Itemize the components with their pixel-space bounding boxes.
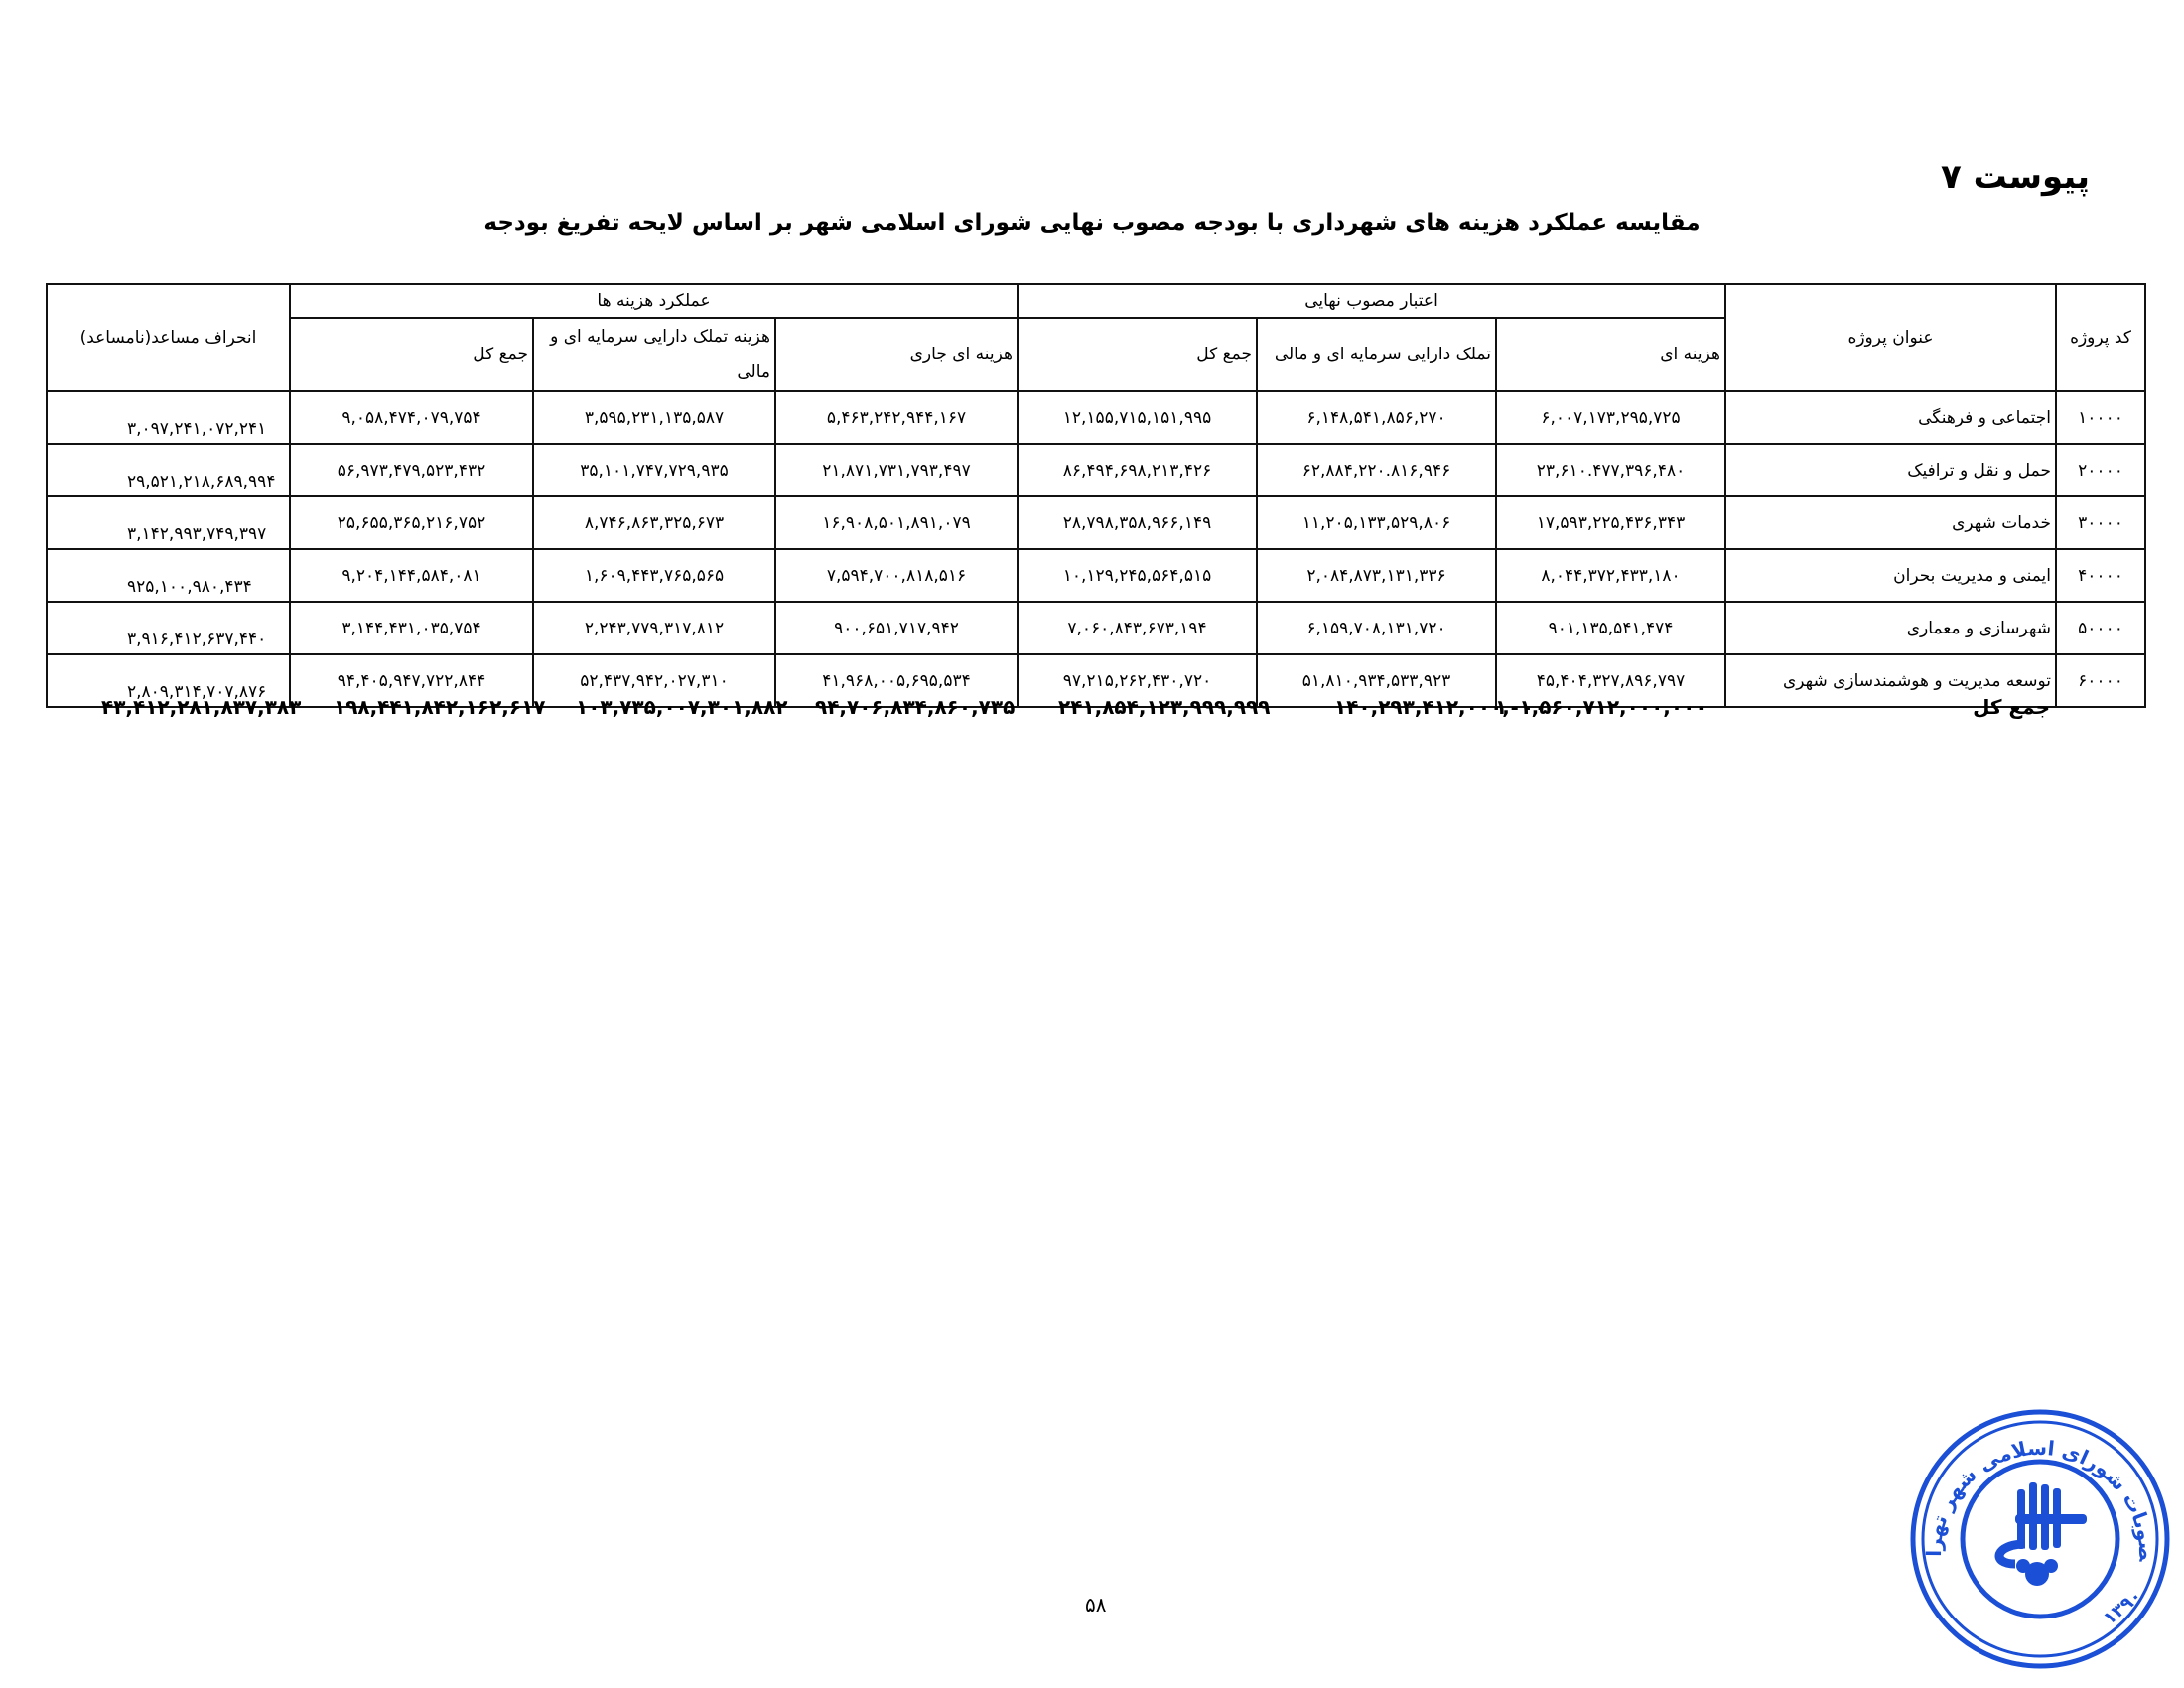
- perf-current: ۲۱,۸۷۱,۷۳۱,۷۹۳,۴۹۷: [775, 444, 1018, 496]
- council-seal-stamp: مصوبات شورای اسلامی شهر تهران ۱۳۹۰: [1906, 1405, 2174, 1673]
- project-code: ۲۰۰۰۰: [2056, 444, 2145, 496]
- total-perf-current: ۹۴,۷۰۶,۸۳۴,۸۶۰,۷۳۵: [815, 695, 1015, 719]
- header-performance-group: عملکرد هزینه ها: [290, 284, 1018, 318]
- approved-total: ۱۲,۱۵۵,۷۱۵,۱۵۱,۹۹۵: [1018, 391, 1257, 444]
- project-title: شهرسازی و معماری: [1725, 602, 2056, 654]
- perf-capital: ۱,۶۰۹,۴۴۳,۷۶۵,۵۶۵: [533, 549, 775, 602]
- document-title: مقایسه عملکرد هزینه های شهرداری با بودجه…: [0, 211, 2184, 236]
- perf-total: ۳,۱۴۴,۴۳۱,۰۳۵,۷۵۴: [290, 602, 533, 654]
- approved-current: ۱۷,۵۹۳,۲۲۵,۴۳۶,۳۴۳: [1496, 496, 1725, 549]
- project-title: ایمنی و مدیریت بحران: [1725, 549, 2056, 602]
- project-code: ۳۰۰۰۰: [2056, 496, 2145, 549]
- approved-capital: ۱۱,۲۰۵,۱۳۳,۵۲۹,۸۰۶: [1257, 496, 1496, 549]
- project-code: ۵۰۰۰۰: [2056, 602, 2145, 654]
- header-project-title: عنوان پروژه: [1725, 284, 2056, 391]
- perf-total: ۹,۰۵۸,۴۷۴,۰۷۹,۷۵۴: [290, 391, 533, 444]
- total-perf-total: ۱۹۸,۴۴۱,۸۴۲,۱۶۲,۶۱۷: [334, 695, 546, 719]
- approved-total: ۸۶,۴۹۴,۶۹۸,۲۱۳,۴۲۶: [1018, 444, 1257, 496]
- deviation: ۳,۹۱۶,۴۱۲,۶۳۷,۴۴۰: [47, 602, 290, 654]
- perf-capital: ۳۵,۱۰۱,۷۴۷,۷۲۹,۹۳۵: [533, 444, 775, 496]
- total-deviation: ۴۳,۴۱۲,۲۸۱,۸۳۷,۳۸۳: [101, 695, 301, 719]
- header-approved-current: هزینه ای: [1496, 318, 1725, 391]
- perf-current: ۹۰۰,۶۵۱,۷۱۷,۹۴۲: [775, 602, 1018, 654]
- approved-total: ۱۰,۱۲۹,۲۴۵,۵۶۴,۵۱۵: [1018, 549, 1257, 602]
- approved-current: ۸,۰۴۴,۳۷۲,۴۳۳,۱۸۰: [1496, 549, 1725, 602]
- perf-capital: ۲,۲۴۳,۷۷۹,۳۱۷,۸۱۲: [533, 602, 775, 654]
- perf-total: ۲۵,۶۵۵,۳۶۵,۲۱۶,۷۵۲: [290, 496, 533, 549]
- table-row: ۱۰۰۰۰ اجتماعی و فرهنگی ۶,۰۰۷,۱۷۳,۲۹۵,۷۲۵…: [47, 391, 2145, 444]
- approved-capital: ۶۲,۸۸۴,۲۲۰.۸۱۶,۹۴۶: [1257, 444, 1496, 496]
- header-approved-total: جمع کل: [1018, 318, 1257, 391]
- perf-current: ۱۶,۹۰۸,۵۰۱,۸۹۱,۰۷۹: [775, 496, 1018, 549]
- approved-capital: ۶,۱۵۹,۷۰۸,۱۳۱,۷۲۰: [1257, 602, 1496, 654]
- approved-total: ۲۸,۷۹۸,۳۵۸,۹۶۶,۱۴۹: [1018, 496, 1257, 549]
- approved-current: ۲۳,۶۱۰.۴۷۷,۳۹۶,۴۸۰: [1496, 444, 1725, 496]
- perf-total: ۹,۲۰۴,۱۴۴,۵۸۴,۰۸۱: [290, 549, 533, 602]
- perf-current: ۵,۴۶۳,۲۴۲,۹۴۴,۱۶۷: [775, 391, 1018, 444]
- total-approved-total: ۲۴۱,۸۵۴,۱۲۳,۹۹۹,۹۹۹: [1058, 695, 1271, 719]
- table-row: ۵۰۰۰۰ شهرسازی و معماری ۹۰۱,۱۳۵,۵۴۱,۴۷۴ ۶…: [47, 602, 2145, 654]
- header-approved-capital: تملک دارایی سرمایه ای و مالی: [1257, 318, 1496, 391]
- page-number: ۵۸: [1085, 1593, 1106, 1617]
- appendix-title: پیوست ۷: [1941, 157, 2090, 197]
- deviation: ۳,۱۴۲,۹۹۳,۷۴۹,۳۹۷: [47, 496, 290, 549]
- table-row: ۲۰۰۰۰ حمل و نقل و ترافیک ۲۳,۶۱۰.۴۷۷,۳۹۶,…: [47, 444, 2145, 496]
- totals-row: جمع کل ۱۰۱,۵۶۰,۷۱۲,۰۰۰,۰۰۰ ۱۴۰,۲۹۳,۴۱۲,۰…: [46, 695, 2144, 727]
- project-title: حمل و نقل و ترافیک: [1725, 444, 2056, 496]
- header-perf-capital: هزینه تملک دارایی سرمایه ای و مالی: [533, 318, 775, 391]
- total-approved-capital: ۱۴۰,۲۹۳,۴۱۲,۰۰۰,۰۰۰: [1334, 695, 1547, 719]
- approved-capital: ۲,۰۸۴,۸۷۳,۱۳۱,۳۳۶: [1257, 549, 1496, 602]
- budget-comparison-table: کد پروژه عنوان پروژه اعتبار مصوب نهایی ع…: [46, 283, 2146, 708]
- header-perf-current: هزینه ای جاری: [775, 318, 1018, 391]
- approved-total: ۷,۰۶۰,۸۴۳,۶۷۳,۱۹۴: [1018, 602, 1257, 654]
- header-deviation: انحراف مساعد(نامساعد): [47, 284, 290, 391]
- approved-capital: ۶,۱۴۸,۵۴۱,۸۵۶,۲۷۰: [1257, 391, 1496, 444]
- header-perf-total: جمع کل: [290, 318, 533, 391]
- header-approved-group: اعتبار مصوب نهایی: [1018, 284, 1725, 318]
- project-code: ۴۰۰۰۰: [2056, 549, 2145, 602]
- perf-capital: ۳,۵۹۵,۲۳۱,۱۳۵,۵۸۷: [533, 391, 775, 444]
- perf-total: ۵۶,۹۷۳,۴۷۹,۵۲۳,۴۳۲: [290, 444, 533, 496]
- total-perf-capital: ۱۰۳,۷۳۵,۰۰۷,۳۰۱,۸۸۲: [576, 695, 788, 719]
- perf-current: ۷,۵۹۴,۷۰۰,۸۱۸,۵۱۶: [775, 549, 1018, 602]
- perf-capital: ۸,۷۴۶,۸۶۳,۳۲۵,۶۷۳: [533, 496, 775, 549]
- seal-emblem-icon: [2015, 1482, 2087, 1586]
- project-code: ۱۰۰۰۰: [2056, 391, 2145, 444]
- table-row: ۳۰۰۰۰ خدمات شهری ۱۷,۵۹۳,۲۲۵,۴۳۶,۳۴۳ ۱۱,۲…: [47, 496, 2145, 549]
- table-row: ۴۰۰۰۰ ایمنی و مدیریت بحران ۸,۰۴۴,۳۷۲,۴۳۳…: [47, 549, 2145, 602]
- deviation: ۹۲۵,۱۰۰,۹۸۰,۴۳۴: [47, 549, 290, 602]
- project-title: اجتماعی و فرهنگی: [1725, 391, 2056, 444]
- deviation: ۲۹,۵۲۱,۲۱۸,۶۸۹,۹۹۴: [47, 444, 290, 496]
- approved-current: ۹۰۱,۱۳۵,۵۴۱,۴۷۴: [1496, 602, 1725, 654]
- project-title: خدمات شهری: [1725, 496, 2056, 549]
- deviation: ۳,۰۹۷,۲۴۱,۰۷۲,۲۴۱: [47, 391, 290, 444]
- header-project-code: کد پروژه: [2056, 284, 2145, 391]
- approved-current: ۶,۰۰۷,۱۷۳,۲۹۵,۷۲۵: [1496, 391, 1725, 444]
- totals-label: جمع کل: [1973, 695, 2050, 719]
